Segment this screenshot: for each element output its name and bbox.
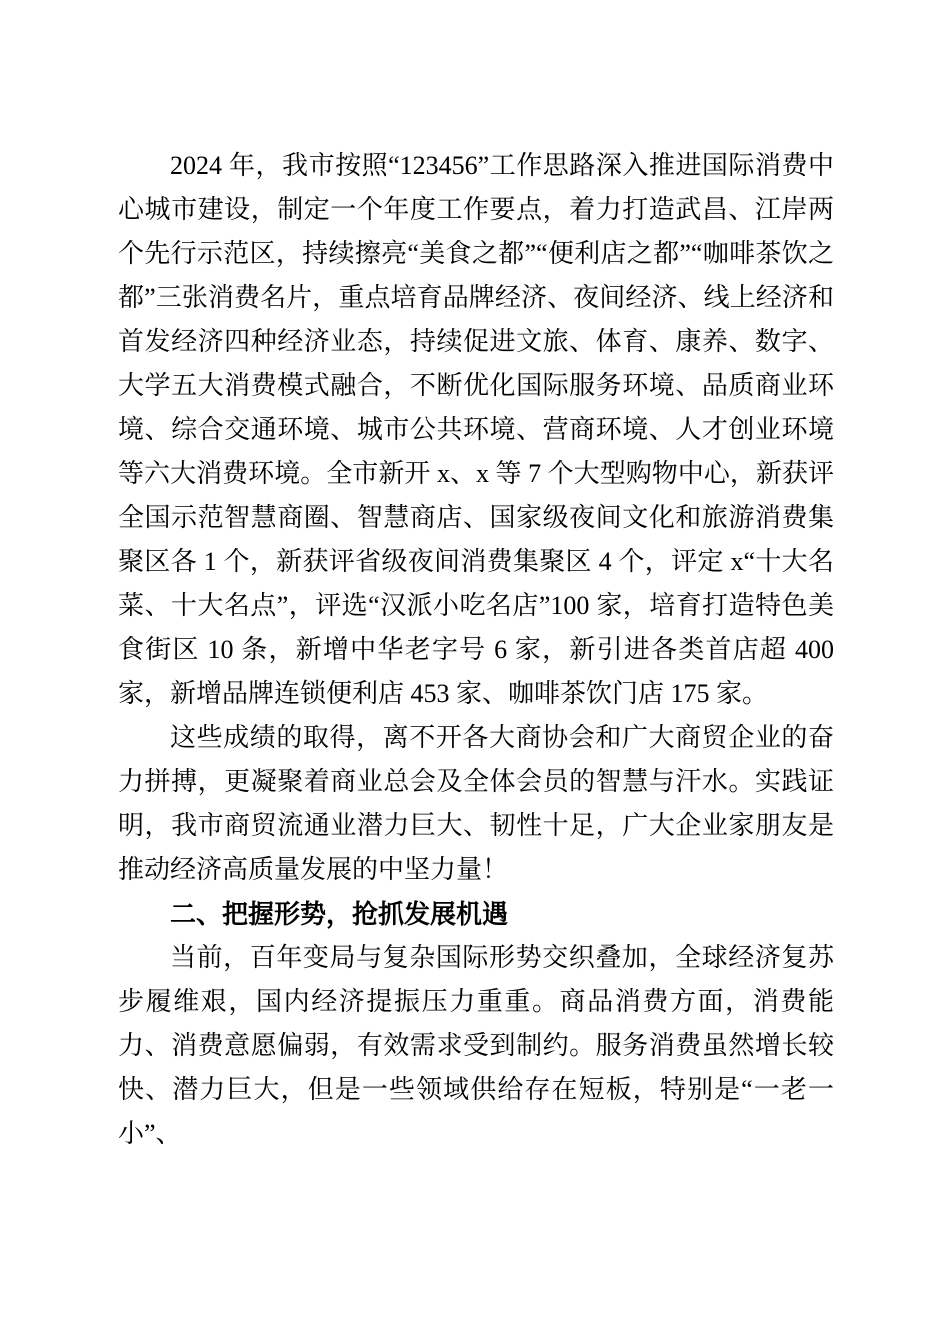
section-heading-2: 二、把握形势，抢抓发展机遇: [118, 892, 834, 936]
paragraph-situation-analysis: 当前，百年变局与复杂国际形势交织叠加，全球经济复苏步履维艰，国内经济提振压力重重…: [118, 936, 834, 1156]
document-page: 2024 年，我市按照“123456”工作思路深入推进国际消费中心城市建设，制定…: [0, 0, 950, 1344]
document-text-block: 2024 年，我市按照“123456”工作思路深入推进国际消费中心城市建设，制定…: [118, 144, 834, 1156]
paragraph-acknowledgement: 这些成绩的取得，离不开各大商协会和广大商贸企业的奋力拼搏，更凝聚着商业总会及全体…: [118, 716, 834, 892]
paragraph-achievements-2024: 2024 年，我市按照“123456”工作思路深入推进国际消费中心城市建设，制定…: [118, 144, 834, 716]
